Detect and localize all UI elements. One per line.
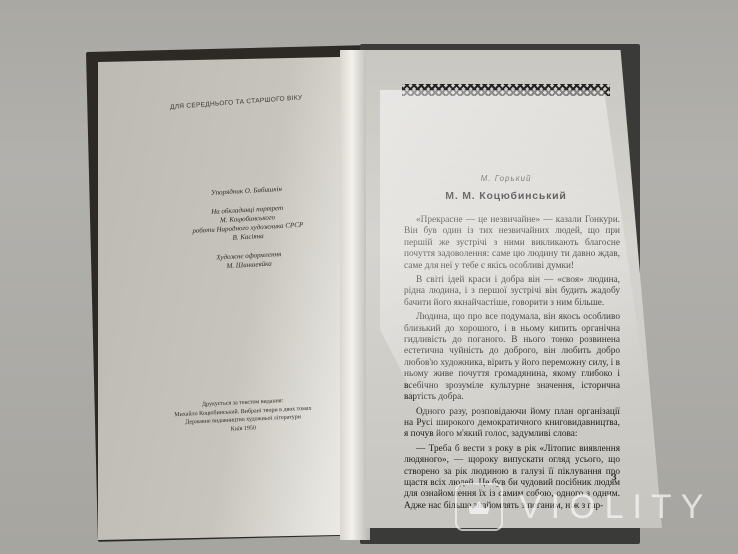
credits-cover-portrait: На обкладинці портрет М. Коцюбинського р… <box>157 201 338 247</box>
article-body: «Прекрасне — це незвичайне» — казали Гон… <box>404 215 620 515</box>
book-gutter <box>340 50 370 540</box>
crown-icon <box>455 483 503 531</box>
paragraph: «Прекрасне — це незвичайне» — казали Гон… <box>404 215 620 272</box>
credits-design: Художнє оформлення М. Шаншевйка <box>159 247 340 275</box>
paragraph: В світі ідей краси і добра він — «своя» … <box>404 275 620 309</box>
credits-compiler: Упорядник О. Бабишкін <box>156 182 336 201</box>
paragraph: Одного разу, розповідаючи йому план орга… <box>404 407 620 441</box>
right-page: М. Горький М. М. Коцюбинський «Прекрасне… <box>366 50 662 528</box>
left-page: Для середнього та старшого віку Упорядни… <box>98 56 368 540</box>
watermark-text: VIOLITY <box>519 488 712 527</box>
page-number: 3 <box>612 472 617 482</box>
article-author: М. Горький <box>402 174 610 183</box>
watermark: VIOLITY <box>455 482 712 532</box>
photo-scene: Для середнього та старшого віку Упорядни… <box>0 0 738 554</box>
paragraph: Людина, що про все подумала, він якось о… <box>404 312 620 403</box>
embroidery-ornament-icon <box>402 84 610 96</box>
article-title: М. М. Коцюбинський <box>402 190 610 202</box>
imprint: Друкується за текстом видання: Михайло К… <box>138 394 349 438</box>
credits: Упорядник О. Бабишкін На обкладинці порт… <box>156 182 339 285</box>
series-label: Для середнього та старшого віку <box>170 94 303 111</box>
